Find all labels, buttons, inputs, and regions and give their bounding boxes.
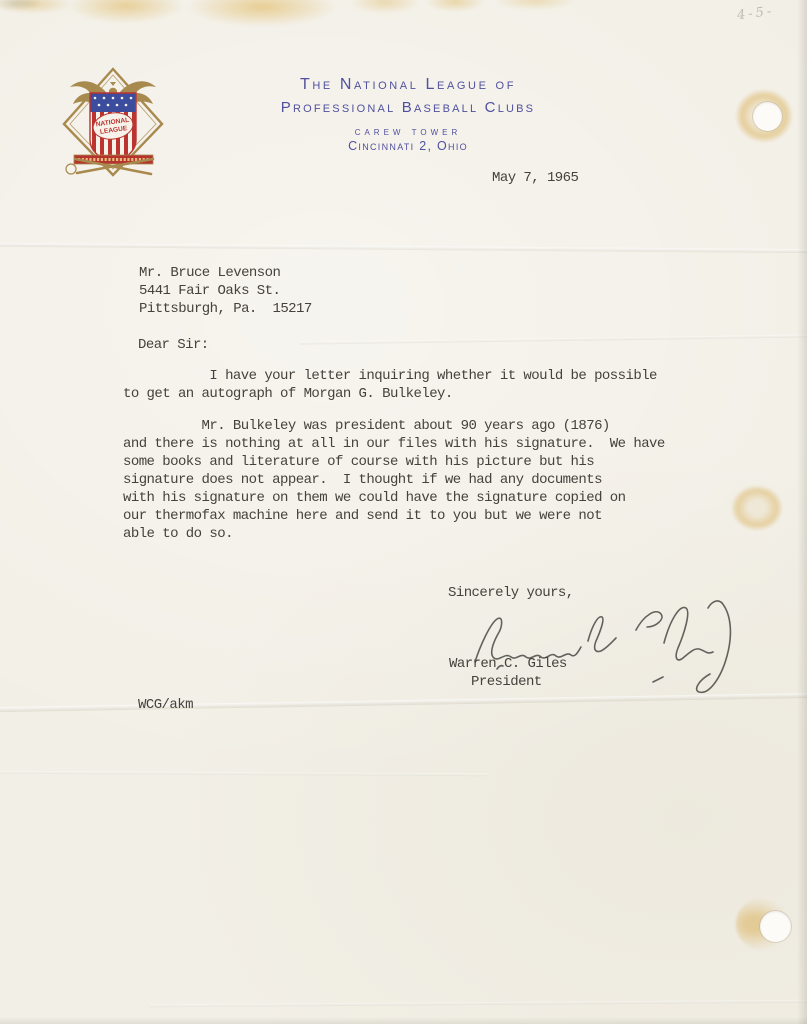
letterhead-org-line2: Professional Baseball Clubs	[248, 99, 568, 116]
stain-mid-right	[732, 486, 782, 530]
letterhead-address-line2: Cincinnati 2, Ohio	[248, 139, 568, 153]
signer-title: President	[471, 673, 542, 691]
pencil-note: 4-5-	[736, 4, 775, 23]
typist-initials: WCG/akm	[138, 696, 193, 714]
scan-edge-right	[797, 0, 807, 1024]
stain-top-2	[66, 0, 186, 24]
punch-hole-top	[753, 102, 782, 131]
signer-name: Warren C. Giles	[449, 655, 567, 673]
letterhead-org-line1: The National League of	[248, 76, 568, 94]
recipient-address-block: Mr. Bruce Levenson 5441 Fair Oaks St. Pi…	[139, 264, 312, 318]
punch-hole-bottom	[760, 911, 791, 942]
paper-crease	[300, 334, 807, 344]
letter-date: May 7, 1965	[492, 169, 578, 187]
letterhead-address-line1: carew tower	[248, 126, 568, 138]
stain-top-6	[495, 0, 575, 10]
stain-top-1	[0, 0, 72, 14]
letter-sheet: 4-5-	[0, 0, 807, 1024]
paper-crease	[150, 1000, 807, 1008]
scan-edge-bottom	[0, 1017, 807, 1024]
salutation: Dear Sir:	[138, 336, 209, 354]
paper-crease	[0, 771, 488, 777]
stain-top-4	[350, 0, 420, 14]
stain-top-corner	[0, 0, 40, 10]
body-paragraph-2: Mr. Bulkeley was president about 90 year…	[123, 417, 665, 543]
national-league-crest-logo: NATIONAL LEAGUE	[57, 62, 169, 180]
body-paragraph-1: I have your letter inquiring whether it …	[123, 367, 657, 403]
baseball	[66, 164, 76, 174]
shield-chief	[90, 93, 136, 112]
stain-top-3	[182, 0, 342, 28]
paper-crease	[0, 243, 807, 254]
stain-top-5	[425, 0, 485, 12]
